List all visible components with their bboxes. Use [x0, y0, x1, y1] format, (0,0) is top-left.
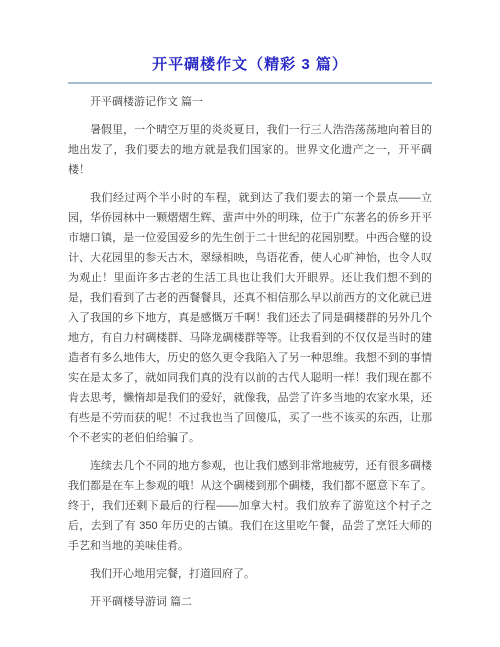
section-heading-2: 开平碉楼导游词 篇二: [68, 592, 432, 612]
paragraph: 我们开心地用完餐，打道回府了。: [68, 564, 432, 584]
document-page: 开平碉楼作文（精彩 3 篇） 开平碉楼游记作文 篇一 暑假里，一个晴空万里的炎炎…: [68, 0, 432, 612]
essay-title: 开平碉楼作文（精彩 3 篇）: [68, 54, 432, 76]
paragraph: 暑假里，一个晴空万里的炎炎夏日，我们一行三人浩浩荡荡地向着目的地出发了，我们要去…: [68, 120, 432, 180]
section-heading-1: 开平碉楼游记作文 篇一: [68, 92, 432, 112]
paragraph: 连续去几个不同的地方参观，也让我们感到非常地疲劳，还有很多碉楼我们都是在车上参观…: [68, 456, 432, 556]
paragraph: 我们经过两个半小时的车程，就到达了我们要去的第一个景点——立园，华侨园林中一颗熠…: [68, 188, 432, 448]
title-divider: [68, 82, 432, 84]
